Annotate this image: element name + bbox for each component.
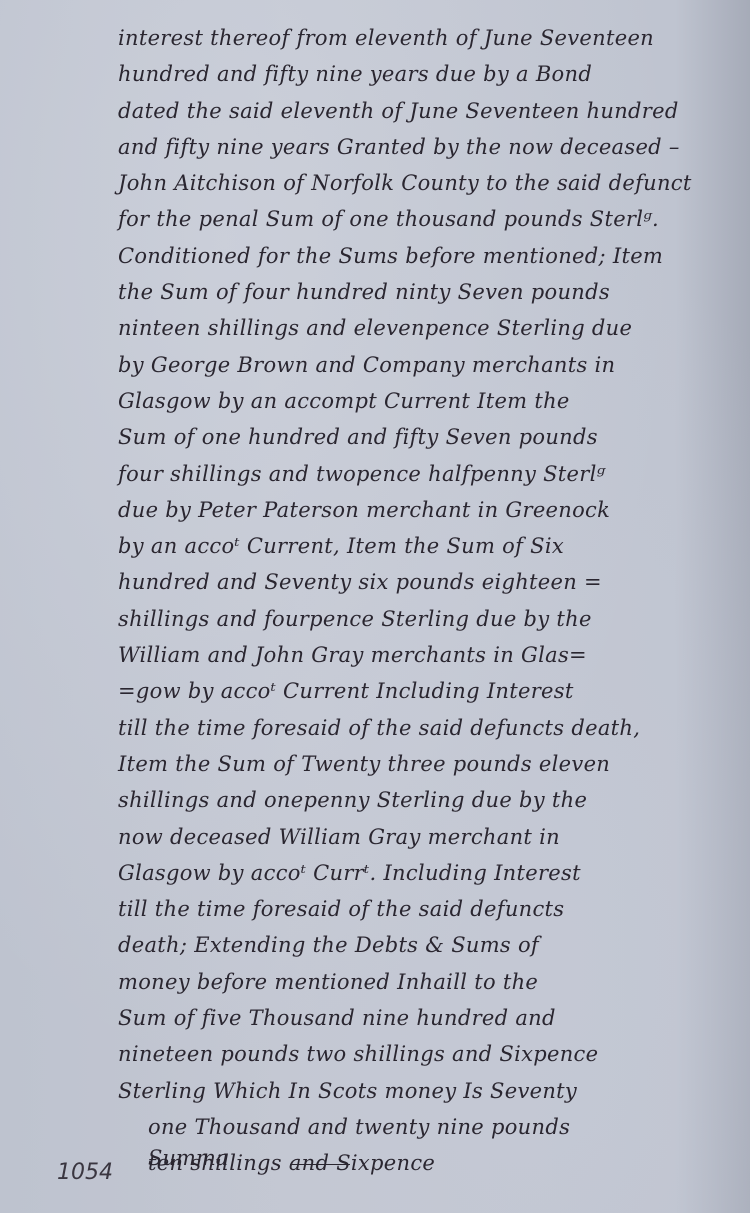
- text-line: shillings and onepenny Sterling due by t…: [118, 782, 718, 818]
- text-line: death; Extending the Debts & Sums of: [118, 927, 718, 963]
- text-line: William and John Gray merchants in Glas=: [118, 637, 718, 673]
- text-line: by an accoᵗ Current, Item the Sum of Six: [118, 528, 718, 564]
- closing-word: Summa: [148, 1146, 228, 1170]
- text-line: Glasgow by an accompt Current Item the: [118, 383, 718, 419]
- text-line: shillings and fourpence Sterling due by …: [118, 601, 718, 637]
- text-line: Glasgow by accoᵗ Currᵗ. Including Intere…: [118, 855, 718, 891]
- text-line: hundred and Seventy six pounds eighteen …: [118, 564, 718, 600]
- text-line: till the time foresaid of the said defun…: [118, 891, 718, 927]
- text-line: Conditioned for the Sums before mentione…: [118, 238, 718, 274]
- text-line: due by Peter Paterson merchant in Greeno…: [118, 492, 718, 528]
- text-line: and fifty nine years Granted by the now …: [118, 129, 718, 165]
- text-line: four shillings and twopence halfpenny St…: [118, 456, 718, 492]
- text-line: John Aitchison of Norfolk County to the …: [118, 165, 718, 201]
- text-line: =gow by accoᵗ Current Including Interest: [118, 673, 718, 709]
- manuscript-text: interest thereof from eleventh of June S…: [118, 20, 718, 1182]
- text-line: nineteen pounds two shillings and Sixpen…: [118, 1036, 718, 1072]
- text-line: Item the Sum of Twenty three pounds elev…: [118, 746, 718, 782]
- text-line: the Sum of four hundred ninty Seven poun…: [118, 274, 718, 310]
- text-line: till the time foresaid of the said defun…: [118, 710, 718, 746]
- text-line: ninteen shillings and elevenpence Sterli…: [118, 310, 718, 346]
- text-line: dated the said eleventh of June Seventee…: [118, 93, 718, 129]
- text-line: money before mentioned Inhaill to the: [118, 964, 718, 1000]
- text-line: interest thereof from eleventh of June S…: [118, 20, 718, 56]
- folio-number: 1054: [57, 1160, 113, 1185]
- text-line: Sum of one hundred and fifty Seven pound…: [118, 419, 718, 455]
- manuscript-page: interest thereof from eleventh of June S…: [0, 0, 750, 1213]
- closing-flourish-rule: [290, 1164, 350, 1165]
- text-line: Sum of five Thousand nine hundred and: [118, 1000, 718, 1036]
- text-line: now deceased William Gray merchant in: [118, 819, 718, 855]
- text-line: by George Brown and Company merchants in: [118, 347, 718, 383]
- text-line: for the penal Sum of one thousand pounds…: [118, 201, 718, 237]
- text-line: one Thousand and twenty nine pounds: [118, 1109, 718, 1145]
- text-line: hundred and fifty nine years due by a Bo…: [118, 56, 718, 92]
- text-line: Sterling Which In Scots money Is Seventy: [118, 1073, 718, 1109]
